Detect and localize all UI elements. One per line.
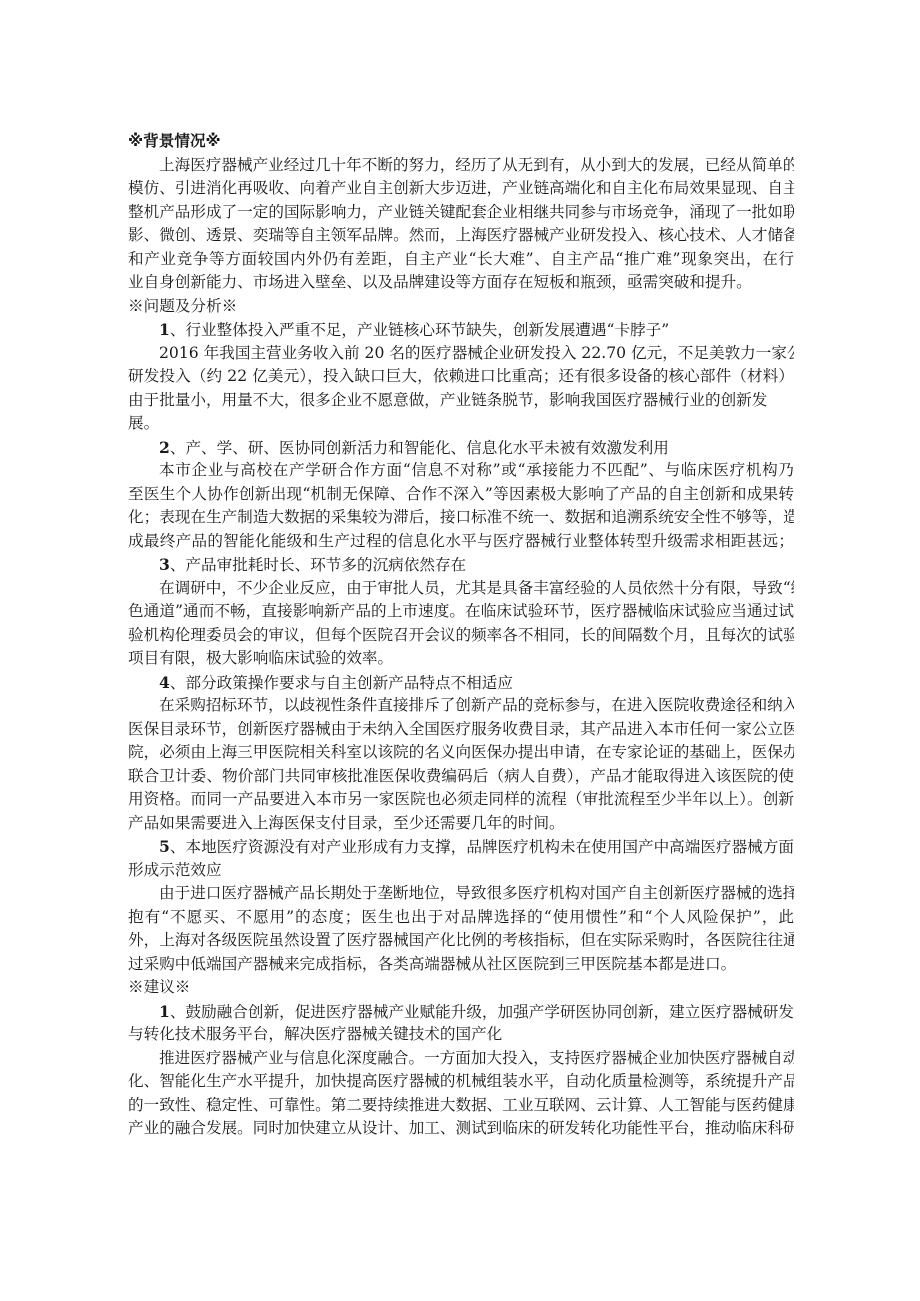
paragraph-line: 医保目录环节，创新医疗器械由于未纳入全国医疗服务收费目录，其产品进入本市任何一家… [128, 718, 794, 742]
paragraph-line: 展。 [128, 412, 794, 436]
item-number: 1 [159, 1002, 170, 1021]
paragraph-line: 由于批量小，用量不大，很多企业不愿意做，产业链条脱节，影响我国医疗器械行业的创新… [128, 389, 794, 413]
paragraph-line: 至医生个人协作创新出现“机制无保障、合作不深入”等因素极大影响了产品的自主创新和… [128, 483, 794, 507]
paragraph-line: 研发投入（约 22 亿美元），投入缺口巨大，依赖进口比重高；还有很多设备的核心部… [128, 365, 794, 389]
paragraph-line: 本市企业与高校在产学研合作方面“信息不对称”或“承接能力不匹配”、与临床医疗机构… [128, 459, 794, 483]
item-heading-continued: 与转化技术服务平台，解决医疗器械关键技术的国产化 [128, 1023, 794, 1047]
item-heading: 1、鼓励融合创新，促进医疗器械产业赋能升级，加强产学研医协同创新，建立医疗器械研… [128, 1000, 794, 1024]
paragraph-line: 用资格。而同一产品要进入本市另一家医院也必须走同样的流程（审批流程至少半年以上）… [128, 788, 794, 812]
paragraph-line: 色通道”通而不畅，直接影响新产品的上市速度。在临床试验环节，医疗器械临床试验应当… [128, 600, 794, 624]
paragraph-line: 化、智能化生产水平提升，加快提高医疗器械的机械组装水平，自动化质量检测等，系统提… [128, 1070, 794, 1094]
item-heading: 4、部分政策操作要求与自主创新产品特点不相适应 [128, 671, 794, 695]
paragraph-line: 在调研中，不少企业反应，由于审批人员，尤其是具备丰富经验的人员依然十分有限，导致… [128, 577, 794, 601]
item-heading-text: 、产品审批耗时长、环节多的沉病依然存在 [170, 556, 466, 574]
item-heading-text: 、产、学、研、医协同创新活力和智能化、信息化水平未被有效激发利用 [170, 439, 669, 457]
paragraph-line: 抱有“不愿买、不愿用”的态度；医生也出于对品牌选择的“使用惯性”和“个人风险保护… [128, 906, 794, 930]
item-heading-text: 、行业整体投入严重不足，产业链核心环节缺失，创新发展遭遇“卡脖子” [170, 321, 669, 339]
item-heading: 1、行业整体投入严重不足，产业链核心环节缺失，创新发展遭遇“卡脖子” [128, 318, 794, 342]
paragraph-line: 业自身创新能力、市场进入壁垒、以及品牌建设等方面存在短板和瓶颈，亟需突破和提升。 [128, 271, 794, 295]
document-page: ※背景情况※ 上海医疗器械产业经过几十年不断的努力，经历了从无到有，从小到大的发… [128, 130, 794, 1141]
item-heading-text: 、部分政策操作要求与自主创新产品特点不相适应 [170, 674, 513, 692]
paragraph-line: 由于进口医疗器械产品长期处于垄断地位，导致很多医疗机构对国产自主创新医疗器械的选… [128, 882, 794, 906]
item-heading-text: 、本地医疗资源没有对产业形成有力支撑，品牌医疗机构未在使用国产中高端医疗器械方面 [170, 838, 794, 856]
item-heading-text: 、鼓励融合创新，促进医疗器械产业赋能升级，加强产学研医协同创新，建立医疗器械研发 [170, 1003, 794, 1021]
paragraph-line: 外，上海对各级医院虽然设置了医疗器械国产化比例的考核指标，但在实际采购时，各医院… [128, 929, 794, 953]
paragraph-line: 推进医疗器械产业与信息化深度融合。一方面加大投入，支持医疗器械企业加快医疗器械自… [128, 1047, 794, 1071]
paragraph-line: 化；表现在生产制造大数据的采集较为滞后，接口标准不统一、数据和追溯系统安全性不够… [128, 506, 794, 530]
paragraph-line: 验机构伦理委员会的审议，但每个医院召开会议的频率各不相同，长的间隔数个月，且每次… [128, 624, 794, 648]
item-heading: 2、产、学、研、医协同创新活力和智能化、信息化水平未被有效激发利用 [128, 436, 794, 460]
section-title-suggestions: ※建议※ [128, 976, 794, 1000]
item-heading: 5、本地医疗资源没有对产业形成有力支撑，品牌医疗机构未在使用国产中高端医疗器械方… [128, 835, 794, 859]
paragraph-line: 在采购招标环节，以歧视性条件直接排斥了创新产品的竞标参与，在进入医院收费途径和纳… [128, 694, 794, 718]
item-number: 2 [159, 438, 170, 457]
section-title-background: ※背景情况※ [128, 130, 794, 154]
paragraph-line: 上海医疗器械产业经过几十年不断的努力，经历了从无到有，从小到大的发展，已经从简单… [128, 154, 794, 178]
item-number: 5 [159, 837, 170, 856]
item-heading: 3、产品审批耗时长、环节多的沉病依然存在 [128, 553, 794, 577]
paragraph-line: 产品如果需要进入上海医保支付目录，至少还需要几年的时间。 [128, 812, 794, 836]
paragraph-line: 整机产品形成了一定的国际影响力，产业链关键配套企业相继共同参与市场竞争，涌现了一… [128, 201, 794, 225]
section-title-problems: ※问题及分析※ [128, 295, 794, 319]
paragraph-line: 模仿、引进消化再吸收、向着产业自主创新大步迈进，产业链高端化和自主化布局效果显现… [128, 177, 794, 201]
paragraph-line: 产业的融合发展。同时加快建立从设计、加工、测试到临床的研发转化功能性平台，推动临… [128, 1117, 794, 1141]
paragraph-line: 影、微创、透景、奕瑞等自主领军品牌。然而，上海医疗器械产业研发投入、核心技术、人… [128, 224, 794, 248]
item-number: 4 [159, 673, 170, 692]
paragraph-line: 过采购中低端国产器械来完成指标，各类高端器械从社区医院到三甲医院基本都是进口。 [128, 953, 794, 977]
item-number: 1 [159, 320, 170, 339]
paragraph-line: 2016 年我国主营业务收入前 20 名的医疗器械企业研发投入 22.70 亿元… [128, 342, 794, 366]
paragraph-line: 联合卫计委、物价部门共同审核批准医保收费编码后（病人自费），产品才能取得进入该医… [128, 765, 794, 789]
item-number: 3 [159, 555, 170, 574]
paragraph-line: 院，必须由上海三甲医院相关科室以该院的名义向医保办提出申请，在专家论证的基础上，… [128, 741, 794, 765]
paragraph-line: 的一致性、稳定性、可靠性。第二要持续推进大数据、工业互联网、云计算、人工智能与医… [128, 1094, 794, 1118]
item-heading-continued: 形成示范效应 [128, 859, 794, 883]
paragraph-line: 成最终产品的智能化能级和生产过程的信息化水平与医疗器械行业整体转型升级需求相距甚… [128, 530, 794, 554]
paragraph-line: 和产业竞争等方面较国内外仍有差距，自主产业“长大难”、自主产品“推广难”现象突出… [128, 248, 794, 272]
paragraph-line: 项目有限，极大影响临床试验的效率。 [128, 647, 794, 671]
